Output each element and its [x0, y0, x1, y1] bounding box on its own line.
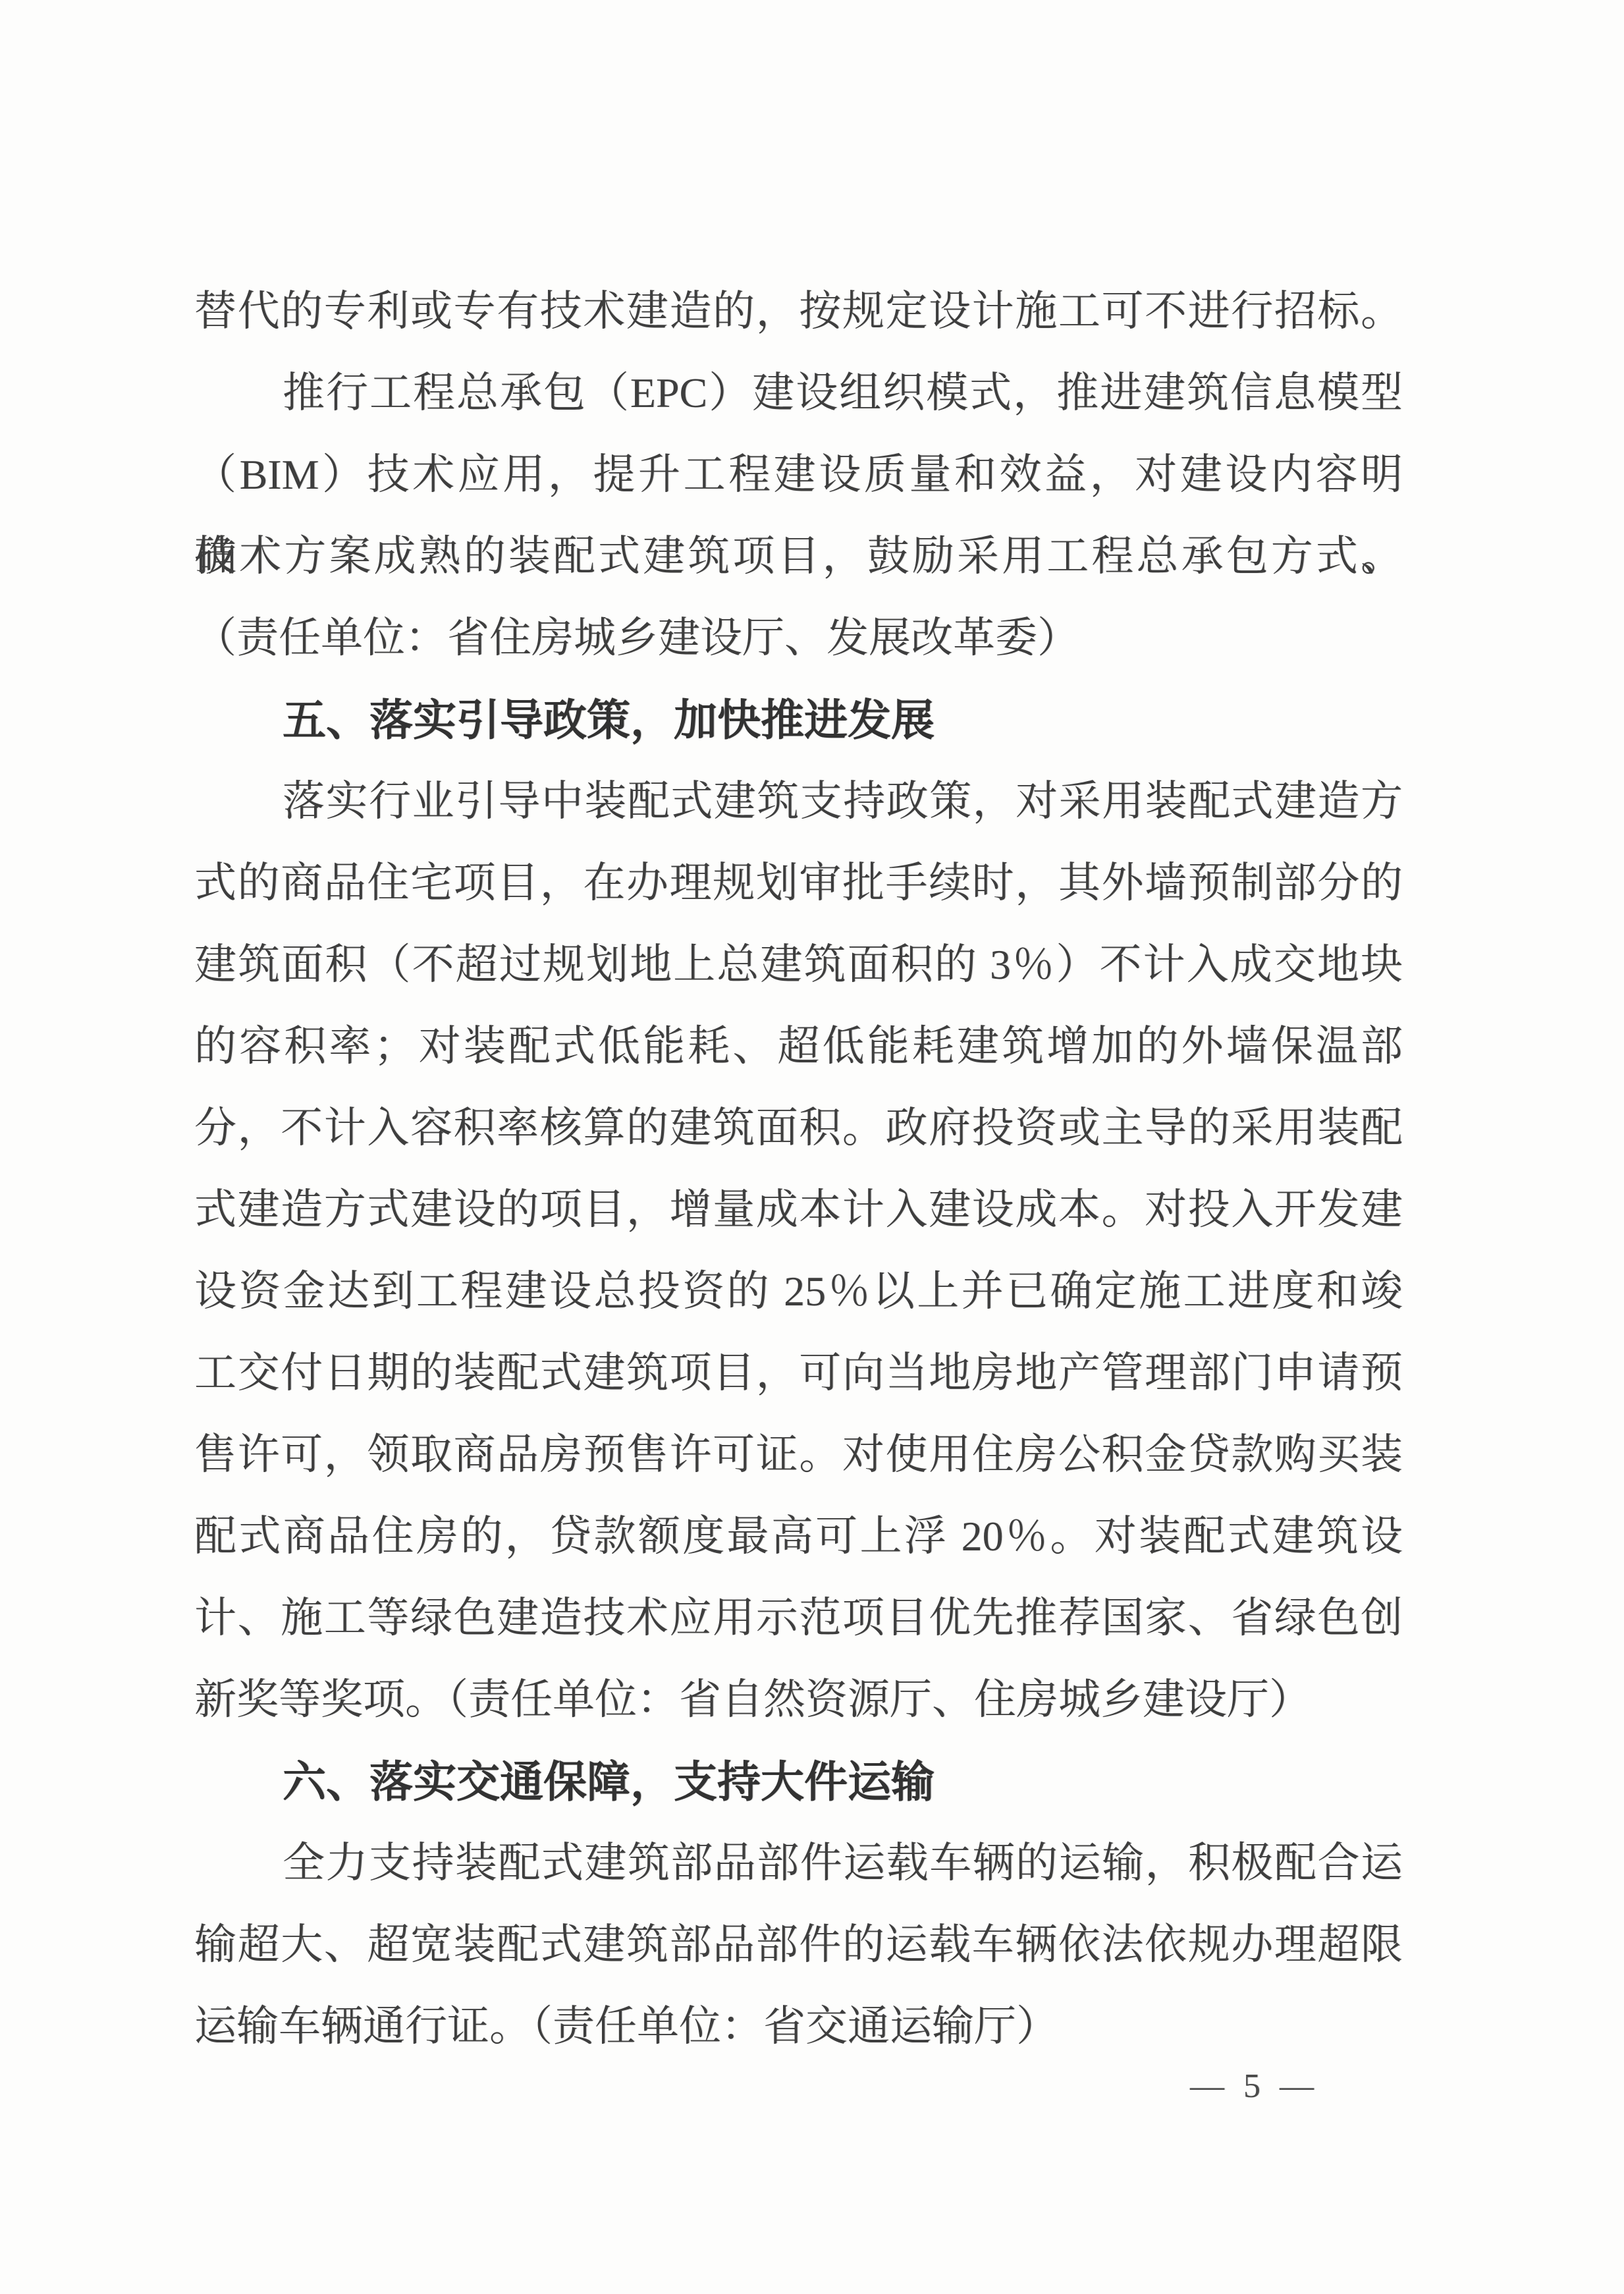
document-body: 替代的专利或专有技术建造的，按规定设计施工可不进行招标。 推行工程总承包（EPC…: [194, 271, 1403, 2067]
text-line: 售许可，领取商品房预售许可证。对使用住房公积金贷款购买装: [194, 1414, 1403, 1496]
text-line: 分，不计入容积率核算的建筑面积。政府投资或主导的采用装配: [194, 1087, 1403, 1169]
text-line: 落实行业引导中装配式建筑支持政策，对采用装配式建造方: [194, 761, 1403, 842]
text-line: 配式商品住房的，贷款额度最高可上浮 20％。对装配式建筑设: [194, 1496, 1403, 1577]
text-line: 推行工程总承包（EPC）建设组织模式，推进建筑信息模型: [194, 352, 1403, 434]
text-line: 工交付日期的装配式建筑项目，可向当地房地产管理部门申请预: [194, 1332, 1403, 1414]
text-line: （责任单位：省住房城乡建设厅、发展改革委）: [194, 597, 1403, 679]
text-line: 式的商品住宅项目，在办理规划审批手续时，其外墙预制部分的: [194, 842, 1403, 924]
text-line: 运输车辆通行证。（责任单位：省交通运输厅）: [194, 1986, 1403, 2067]
text-line: 建筑面积（不超过规划地上总建筑面积的 3％）不计入成交地块: [194, 924, 1403, 1006]
text-line: 全力支持装配式建筑部品部件运载车辆的运输，积极配合运: [194, 1822, 1403, 1904]
scanned-document-page: 替代的专利或专有技术建造的，按规定设计施工可不进行招标。 推行工程总承包（EPC…: [0, 0, 1624, 2294]
section-heading-6: 六、落实交通保障，支持大件运输: [194, 1741, 1403, 1822]
text-line: 计、施工等绿色建造技术应用示范项目优先推荐国家、省绿色创: [194, 1577, 1403, 1659]
page-number: — 5 —: [1166, 2065, 1343, 2108]
text-line: 输超大、超宽装配式建筑部品部件的运载车辆依法依规办理超限: [194, 1904, 1403, 1986]
text-line: 式建造方式建设的项目，增量成本计入建设成本。对投入开发建: [194, 1169, 1403, 1251]
text-line: 新奖等奖项。（责任单位：省自然资源厅、住房城乡建设厅）: [194, 1659, 1403, 1741]
text-line: 的容积率；对装配式低能耗、超低能耗建筑增加的外墙保温部: [194, 1006, 1403, 1087]
text-line: 设资金达到工程建设总投资的 25％以上并已确定施工进度和竣: [194, 1251, 1403, 1332]
text-line: 替代的专利或专有技术建造的，按规定设计施工可不进行招标。: [194, 271, 1403, 352]
text-line: 技术方案成熟的装配式建筑项目，鼓励采用工程总承包方式。: [194, 516, 1403, 597]
section-heading-5: 五、落实引导政策，加快推进发展: [194, 679, 1403, 761]
text-line: （BIM）技术应用，提升工程建设质量和效益，对建设内容明确、: [194, 434, 1403, 516]
